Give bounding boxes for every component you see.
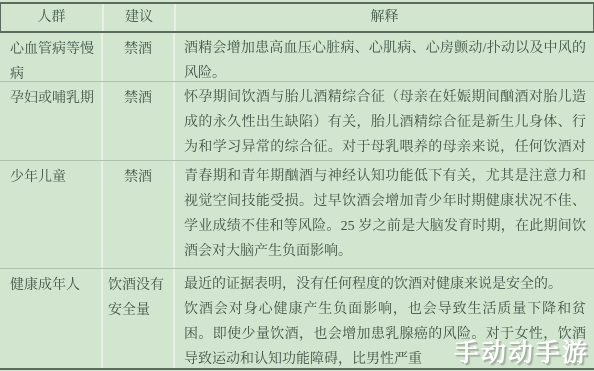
cell-explanation: 酒精会增加患高血压心脏病、心肌病、心房颤动/扑动以及中风的风险。 酒精也会导致许… (175, 33, 594, 81)
cell-advice: 禁酒 (103, 33, 175, 81)
explanation-paragraph: 青春期和青年期酗酒与神经认知功能低下有关，尤其是注意力和视觉空间技能受损。过早饮… (184, 164, 586, 264)
cell-population: 少年儿童 (0, 161, 103, 268)
explanation-paragraph: 酒精会增加患高血压心脏病、心肌病、心房颤动/扑动以及中风的风险。 (184, 36, 586, 81)
header-cell-explanation: 解释 (176, 4, 593, 31)
cell-population: 孕妇或哺乳期 (0, 82, 103, 160)
explanation-paragraph: 怀孕期间饮酒与胎儿酒精综合征（母亲在妊娠期间酗酒对胎儿造成的永久性出生缺陷）有关… (184, 85, 586, 160)
cell-explanation: 青春期和青年期酗酒与神经认知功能低下有关，尤其是注意力和视觉空间技能受损。过早饮… (175, 161, 594, 268)
cell-explanation: 怀孕期间饮酒与胎儿酒精综合征（母亲在妊娠期间酗酒对胎儿造成的永久性出生缺陷）有关… (175, 82, 594, 160)
table-body: 心血管病等慢病 禁酒 酒精会增加患高血压心脏病、心肌病、心房颤动/扑动以及中风的… (0, 33, 594, 368)
cell-advice: 禁酒 (103, 161, 175, 268)
cell-population: 心血管病等慢病 (0, 33, 103, 81)
table-header-row: 人群 建议 解释 (0, 4, 594, 33)
cell-advice: 饮酒没有安全量 (103, 269, 175, 368)
explanation-paragraph: 最近的证据表明，没有任何程度的饮酒对健康来说是安全的。 (184, 272, 586, 297)
cell-population: 健康成年人 (0, 269, 103, 368)
table-row: 少年儿童 禁酒 青春期和青年期酗酒与神经认知功能低下有关，尤其是注意力和视觉空间… (0, 160, 594, 268)
table-row: 心血管病等慢病 禁酒 酒精会增加患高血压心脏病、心肌病、心房颤动/扑动以及中风的… (0, 33, 594, 81)
table-row: 孕妇或哺乳期 禁酒 怀孕期间饮酒与胎儿酒精综合征（母亲在妊娠期间酗酒对胎儿造成的… (0, 81, 594, 160)
header-cell-advice: 建议 (104, 4, 176, 31)
header-cell-population: 人群 (1, 4, 104, 31)
cell-advice: 禁酒 (103, 82, 175, 160)
watermark: 手动动手游 (454, 333, 589, 369)
alcohol-advice-table: 人群 建议 解释 心血管病等慢病 禁酒 酒精会增加患高血压心脏病、心肌病、心房颤… (0, 2, 594, 370)
